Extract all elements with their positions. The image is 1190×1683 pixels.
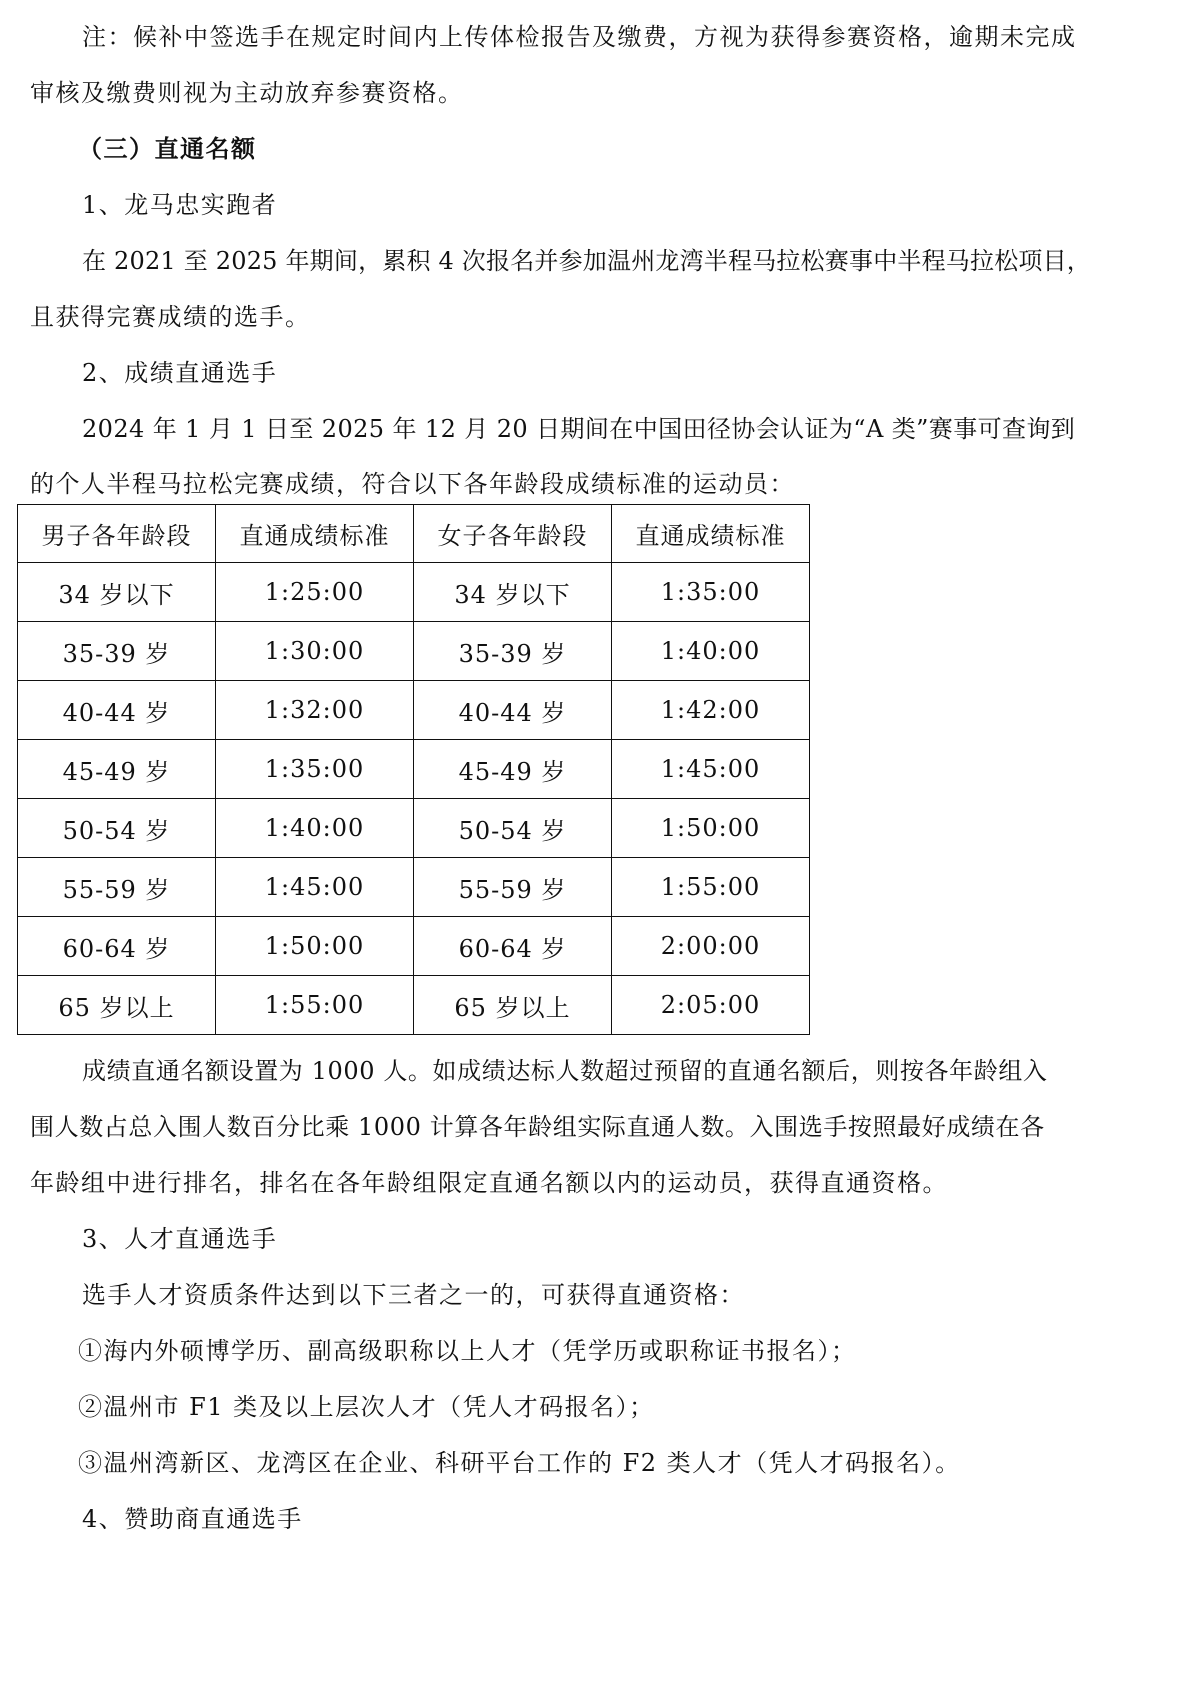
table-cell: 34 岁以下 <box>414 563 612 622</box>
table-cell: 1:40:00 <box>216 799 414 858</box>
note-paragraph-line-2: 审核及缴费则视为主动放弃参赛资格。 <box>30 78 464 108</box>
table-row: 65 岁以上 1:55:00 65 岁以上 2:05:00 <box>18 976 810 1035</box>
table-cell: 35-39 岁 <box>18 622 216 681</box>
table-header-row: 男子各年龄段 直通成绩标准 女子各年龄段 直通成绩标准 <box>18 505 810 563</box>
item3-intro: 选手人才资质条件达到以下三者之一的，可获得直通资格： <box>82 1280 745 1310</box>
table-cell: 1:35:00 <box>216 740 414 799</box>
note-paragraph-line-1: 注：候补中签选手在规定时间内上传体检报告及缴费，方视为获得参赛资格，逾期未完成 <box>82 22 1077 52</box>
item2-text-line-1: 2024 年 1 月 1 日至 2025 年 12 月 20 日期间在中国田径协… <box>82 414 1075 444</box>
table-cell: 50-54 岁 <box>18 799 216 858</box>
item2-after-line-1: 成绩直通名额设置为 1000 人。如成绩达标人数超过预留的直通名额后，则按各年龄… <box>82 1056 1048 1086</box>
table-row: 55-59 岁 1:45:00 55-59 岁 1:55:00 <box>18 858 810 917</box>
header-cell-female-standard: 直通成绩标准 <box>612 505 810 563</box>
table-row: 60-64 岁 1:50:00 60-64 岁 2:00:00 <box>18 917 810 976</box>
table-row: 34 岁以下 1:25:00 34 岁以下 1:35:00 <box>18 563 810 622</box>
header-cell-female-age-group: 女子各年龄段 <box>414 505 612 563</box>
table-cell: 40-44 岁 <box>18 681 216 740</box>
table-cell: 1:40:00 <box>612 622 810 681</box>
table-cell: 1:55:00 <box>216 976 414 1035</box>
table-row: 45-49 岁 1:35:00 45-49 岁 1:45:00 <box>18 740 810 799</box>
item1-text-line-2: 且获得完赛成绩的选手。 <box>30 302 311 332</box>
table-cell: 34 岁以下 <box>18 563 216 622</box>
item2-after-line-2: 围人数占总入围人数百分比乘 1000 计算各年龄组实际直通人数。入围选手按照最好… <box>30 1112 1045 1142</box>
table-cell: 35-39 岁 <box>414 622 612 681</box>
table-cell: 55-59 岁 <box>18 858 216 917</box>
header-cell-male-age-group: 男子各年龄段 <box>18 505 216 563</box>
table-cell: 60-64 岁 <box>414 917 612 976</box>
item2-title: 2、成绩直通选手 <box>82 358 277 388</box>
item3-condition-2: ②温州市 F1 类及以上层次人才（凭人才码报名）； <box>78 1392 655 1422</box>
header-cell-male-standard: 直通成绩标准 <box>216 505 414 563</box>
table-cell: 1:45:00 <box>216 858 414 917</box>
item3-title: 3、人才直通选手 <box>82 1224 277 1254</box>
table-cell: 60-64 岁 <box>18 917 216 976</box>
item3-condition-3: ③温州湾新区、龙湾区在企业、科研平台工作的 F2 类人才（凭人才码报名）。 <box>78 1448 961 1478</box>
table-cell: 65 岁以上 <box>414 976 612 1035</box>
item4-title: 4、赞助商直通选手 <box>82 1504 303 1534</box>
table-row: 40-44 岁 1:32:00 40-44 岁 1:42:00 <box>18 681 810 740</box>
table-cell: 65 岁以上 <box>18 976 216 1035</box>
table-cell: 2:00:00 <box>612 917 810 976</box>
table-cell: 1:25:00 <box>216 563 414 622</box>
table-row: 50-54 岁 1:40:00 50-54 岁 1:50:00 <box>18 799 810 858</box>
table-cell: 1:32:00 <box>216 681 414 740</box>
table-cell: 45-49 岁 <box>18 740 216 799</box>
table-row: 35-39 岁 1:30:00 35-39 岁 1:40:00 <box>18 622 810 681</box>
table-cell: 1:55:00 <box>612 858 810 917</box>
table-cell: 1:42:00 <box>612 681 810 740</box>
table-cell: 55-59 岁 <box>414 858 612 917</box>
table-cell: 1:35:00 <box>612 563 810 622</box>
table-cell: 2:05:00 <box>612 976 810 1035</box>
qualifying-standards-table: 男子各年龄段 直通成绩标准 女子各年龄段 直通成绩标准 34 岁以下 1:25:… <box>17 504 810 1035</box>
table-cell: 45-49 岁 <box>414 740 612 799</box>
item1-text-line-1: 在 2021 至 2025 年期间，累积 4 次报名并参加温州龙湾半程马拉松赛事… <box>82 246 1091 276</box>
table-cell: 1:50:00 <box>216 917 414 976</box>
table-cell: 1:45:00 <box>612 740 810 799</box>
table-cell: 1:50:00 <box>612 799 810 858</box>
table-cell: 40-44 岁 <box>414 681 612 740</box>
item1-title: 1、龙马忠实跑者 <box>82 190 277 220</box>
section-heading: （三）直通名额 <box>78 134 257 164</box>
item2-after-line-3: 年龄组中进行排名，排名在各年龄组限定直通名额以内的运动员，获得直通资格。 <box>30 1168 948 1198</box>
item2-text-line-2: 的个人半程马拉松完赛成绩，符合以下各年龄段成绩标准的运动员： <box>30 469 795 499</box>
item3-condition-1: ①海内外硕博学历、副高级职称以上人才（凭学历或职称证书报名）； <box>78 1336 857 1366</box>
table-cell: 1:30:00 <box>216 622 414 681</box>
table-cell: 50-54 岁 <box>414 799 612 858</box>
